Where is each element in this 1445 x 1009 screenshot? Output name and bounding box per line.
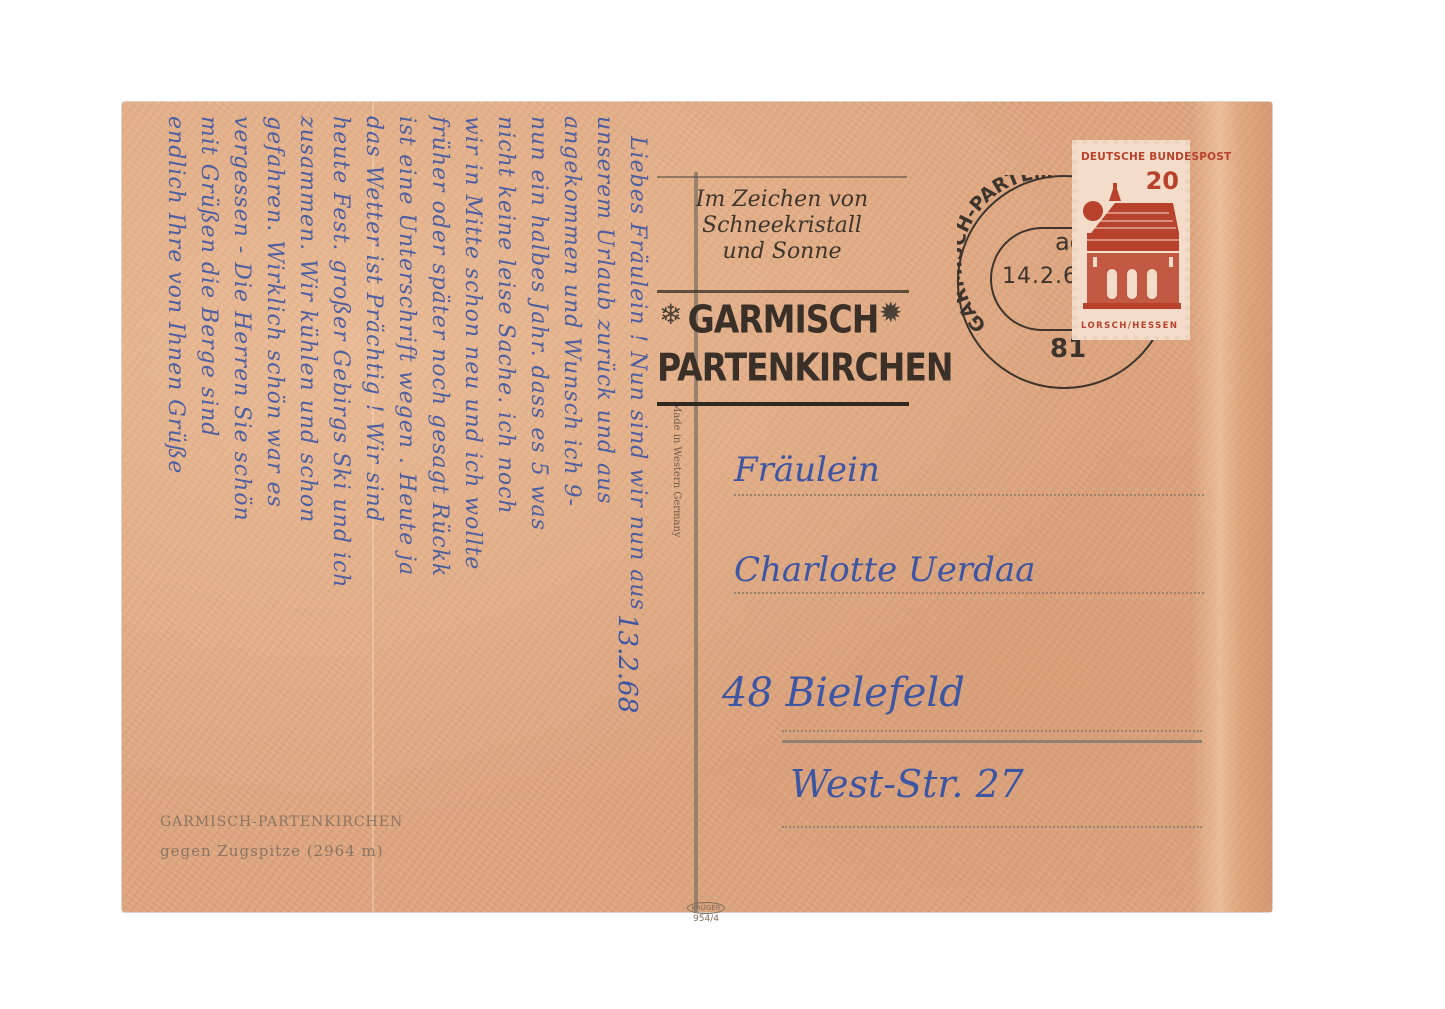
message-line: gefahren. Wirklich schön war es bbox=[262, 116, 287, 508]
cancel-mid-rule bbox=[657, 290, 909, 293]
made-in-note: Made in Western Germany bbox=[671, 402, 682, 538]
publisher-logo-mark: KRÜGER bbox=[687, 902, 724, 914]
message-line: endlich Ihre von Ihnen Grüße bbox=[163, 116, 188, 474]
message-line: nicht keine leise Sache. ich noch bbox=[493, 116, 518, 515]
slogan-line-3: und Sonne bbox=[657, 240, 907, 264]
message-line: wir in Mitte schon neu und ich wollte bbox=[460, 116, 485, 570]
svg-text:GARMISCH-PARTE…: GARMISCH-PARTE… bbox=[957, 175, 1053, 336]
water-stain bbox=[1192, 102, 1272, 912]
cancel-top-rule bbox=[657, 176, 907, 178]
message-line: unserem Urlaub zurück und aus bbox=[592, 116, 617, 505]
message-line: ist eine Unterschrift wegen . Heute ja bbox=[394, 116, 419, 576]
handwritten-date: 13.2.68 bbox=[612, 614, 642, 713]
picture-caption-subtitle: gegen Zugspitze (2964 m) bbox=[160, 842, 384, 860]
address-rule-4 bbox=[782, 826, 1202, 828]
message-line: Liebes Fräulein ! Nun sind wir nun aus bbox=[625, 136, 650, 611]
message-line: vergessen - Die Herren Sie schön bbox=[229, 116, 254, 522]
address-line-1: Fräulein bbox=[734, 450, 880, 490]
lorsch-gatehouse-icon bbox=[1083, 183, 1181, 313]
message-line: nun ein halbes Jahr. dass es 5 was bbox=[526, 116, 551, 531]
postage-stamp: DEUTSCHE BUNDESPOST 20 bbox=[1072, 140, 1190, 340]
publisher-logo: KRÜGER 954/4 bbox=[682, 902, 730, 924]
message-line: heute Fest. großer Gebirgs Ski und ich bbox=[328, 116, 353, 588]
slogan-line-2: Schneekristall bbox=[657, 214, 907, 238]
message-line: mit Grüßen die Berge sind bbox=[196, 116, 221, 437]
publisher-number: 954/4 bbox=[693, 914, 719, 924]
address-line-2: Charlotte Uerdaa bbox=[734, 550, 1035, 590]
stamp-caption: LORSCH/HESSEN bbox=[1081, 321, 1178, 331]
cancel-bottom-rule bbox=[657, 402, 909, 406]
address-rule-2 bbox=[734, 592, 1204, 594]
cancel-town-line-2: PARTENKIRCHEN bbox=[657, 345, 909, 390]
slogan-line-1: Im Zeichen von bbox=[657, 188, 907, 212]
postcard: Liebes Fräulein ! Nun sind wir nun ausun… bbox=[122, 102, 1272, 912]
cancel-town-line-1: GARMISCH bbox=[657, 297, 909, 342]
address-rule-1 bbox=[734, 494, 1204, 496]
message-line: zusammen. Wir kühlen und schon bbox=[295, 116, 320, 523]
message-line: das Wetter ist Prächtig ! Wir sind bbox=[361, 116, 386, 523]
address-line-3: 48 Bielefeld bbox=[722, 670, 965, 716]
address-underline bbox=[782, 740, 1202, 743]
address-line-4: West-Str. 27 bbox=[790, 762, 1024, 806]
stamp-issuer: DEUTSCHE BUNDESPOST bbox=[1081, 151, 1231, 163]
address-rule-3 bbox=[782, 730, 1202, 732]
picture-caption-title: GARMISCH-PARTENKIRCHEN bbox=[160, 814, 403, 830]
slogan-cancellation: Im Zeichen von Schneekristall und Sonne … bbox=[657, 170, 917, 412]
message-line: angekommen und Wunsch ich 9- bbox=[559, 116, 584, 507]
message-line: früher oder später noch gesagt Rückk bbox=[427, 116, 452, 577]
handwritten-message: Liebes Fräulein ! Nun sind wir nun ausun… bbox=[150, 116, 650, 896]
